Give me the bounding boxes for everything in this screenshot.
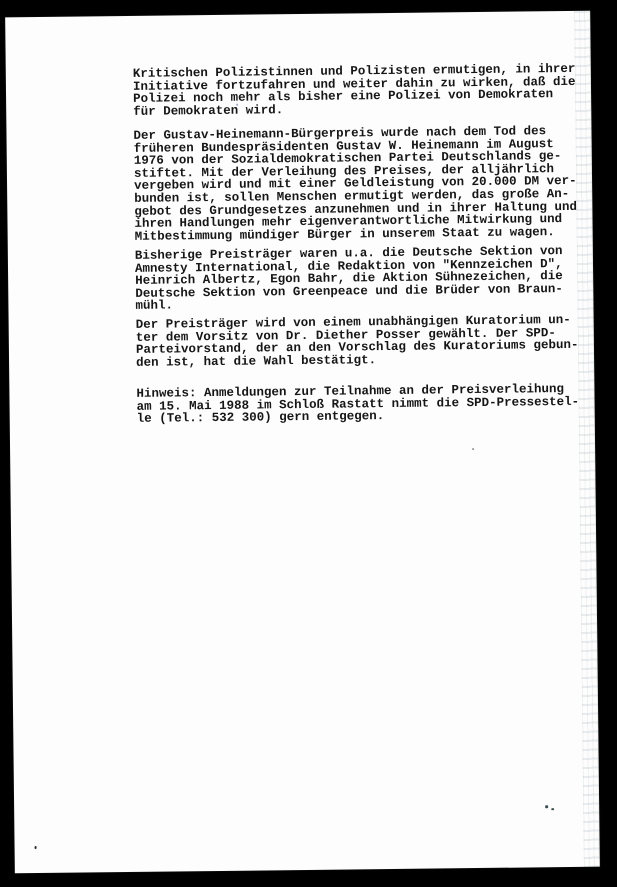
scan-speck <box>236 104 238 106</box>
scan-speck <box>551 808 554 810</box>
paragraph-jury-selection: Der Preisträger wird von einem unabhängi… <box>136 314 579 369</box>
paragraph-previous-winners: Bisherige Preisträger waren u.a. die Deu… <box>135 245 563 313</box>
scan-black-border: Kritischen Polizistinnen und Polizisten … <box>0 0 617 887</box>
document-page: Kritischen Polizistinnen und Polizisten … <box>5 11 600 874</box>
paragraph-prize-history: Der Gustav-Heinemann-Bürgerpreis wurde n… <box>133 125 577 243</box>
scan-speck <box>35 846 37 849</box>
scan-speck <box>545 805 548 808</box>
scan-speck <box>472 448 474 450</box>
paragraph-police-encouragement: Kritischen Polizistinnen und Polizisten … <box>133 63 576 118</box>
scan-edge-noise <box>574 11 600 867</box>
paragraph-registration-note: Hinweis: Anmeldungen zur Teilnahme an de… <box>136 383 579 426</box>
